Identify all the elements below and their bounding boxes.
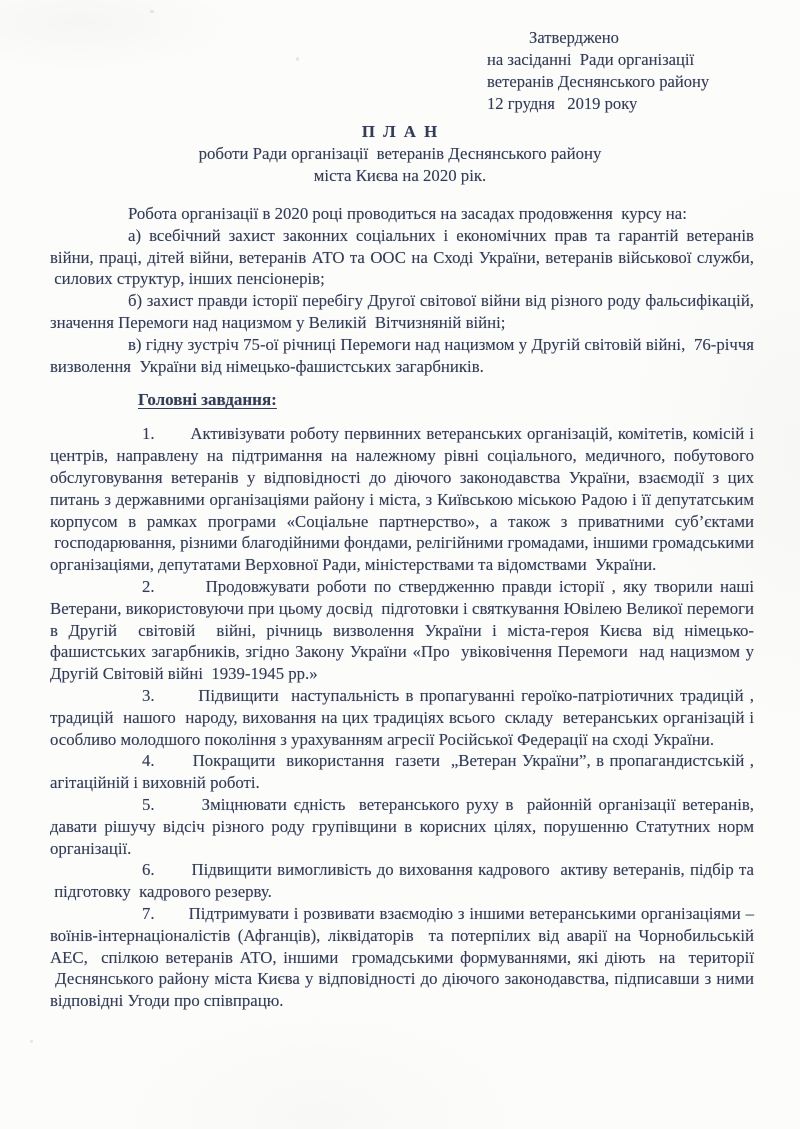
approval-line-organization: ветеранів Деснянського району (487, 71, 767, 93)
task-item-3: 3. Підвищити наступальність в пропагуван… (50, 685, 754, 750)
task-item-1: 1. Активізувати роботу первинних ветеран… (50, 423, 754, 576)
approval-line-date: 12 грудня 2019 року (487, 93, 767, 115)
approval-block: Затверджено на засіданні Ради організаці… (487, 27, 767, 115)
preamble-item-a: а) всебічний захист законних соціальних … (50, 225, 754, 290)
document-body: Робота організації в 2020 році проводить… (50, 203, 754, 1012)
scan-speck (30, 1040, 33, 1043)
scanned-document-page: Затверджено на засіданні Ради організаці… (0, 0, 800, 1129)
title-subject: роботи Ради організації ветеранів Деснян… (0, 143, 800, 165)
scan-speck (296, 57, 299, 61)
task-item-7: 7. Підтримувати і розвивати взаємодію з … (50, 903, 754, 1012)
task-item-4: 4. Покращити використання газети „Ветера… (50, 750, 754, 794)
document-title-block: П Л А Н роботи Ради організації ветерані… (0, 121, 800, 187)
main-tasks-heading: Головні завдання: (138, 389, 754, 411)
scan-speck (150, 10, 154, 13)
approval-line-meeting: на засіданні Ради організації (487, 49, 767, 71)
task-item-5: 5. Зміцнювати єдність ветеранського руху… (50, 794, 754, 859)
title-year: міста Києва на 2020 рік. (0, 165, 800, 187)
task-item-6: 6. Підвищити вимогливість до виховання к… (50, 859, 754, 903)
preamble-item-v: в) гідну зустріч 75-ої річниці Перемоги … (50, 334, 754, 378)
preamble-item-b: б) захист правди історії перебігу Другої… (50, 290, 754, 334)
intro-paragraph: Робота організації в 2020 році проводить… (50, 203, 754, 225)
title-plan: П Л А Н (0, 121, 800, 143)
approval-line-approved: Затверджено (487, 27, 767, 49)
task-item-2: 2. Продовжувати роботи по ствердженню пр… (50, 576, 754, 685)
